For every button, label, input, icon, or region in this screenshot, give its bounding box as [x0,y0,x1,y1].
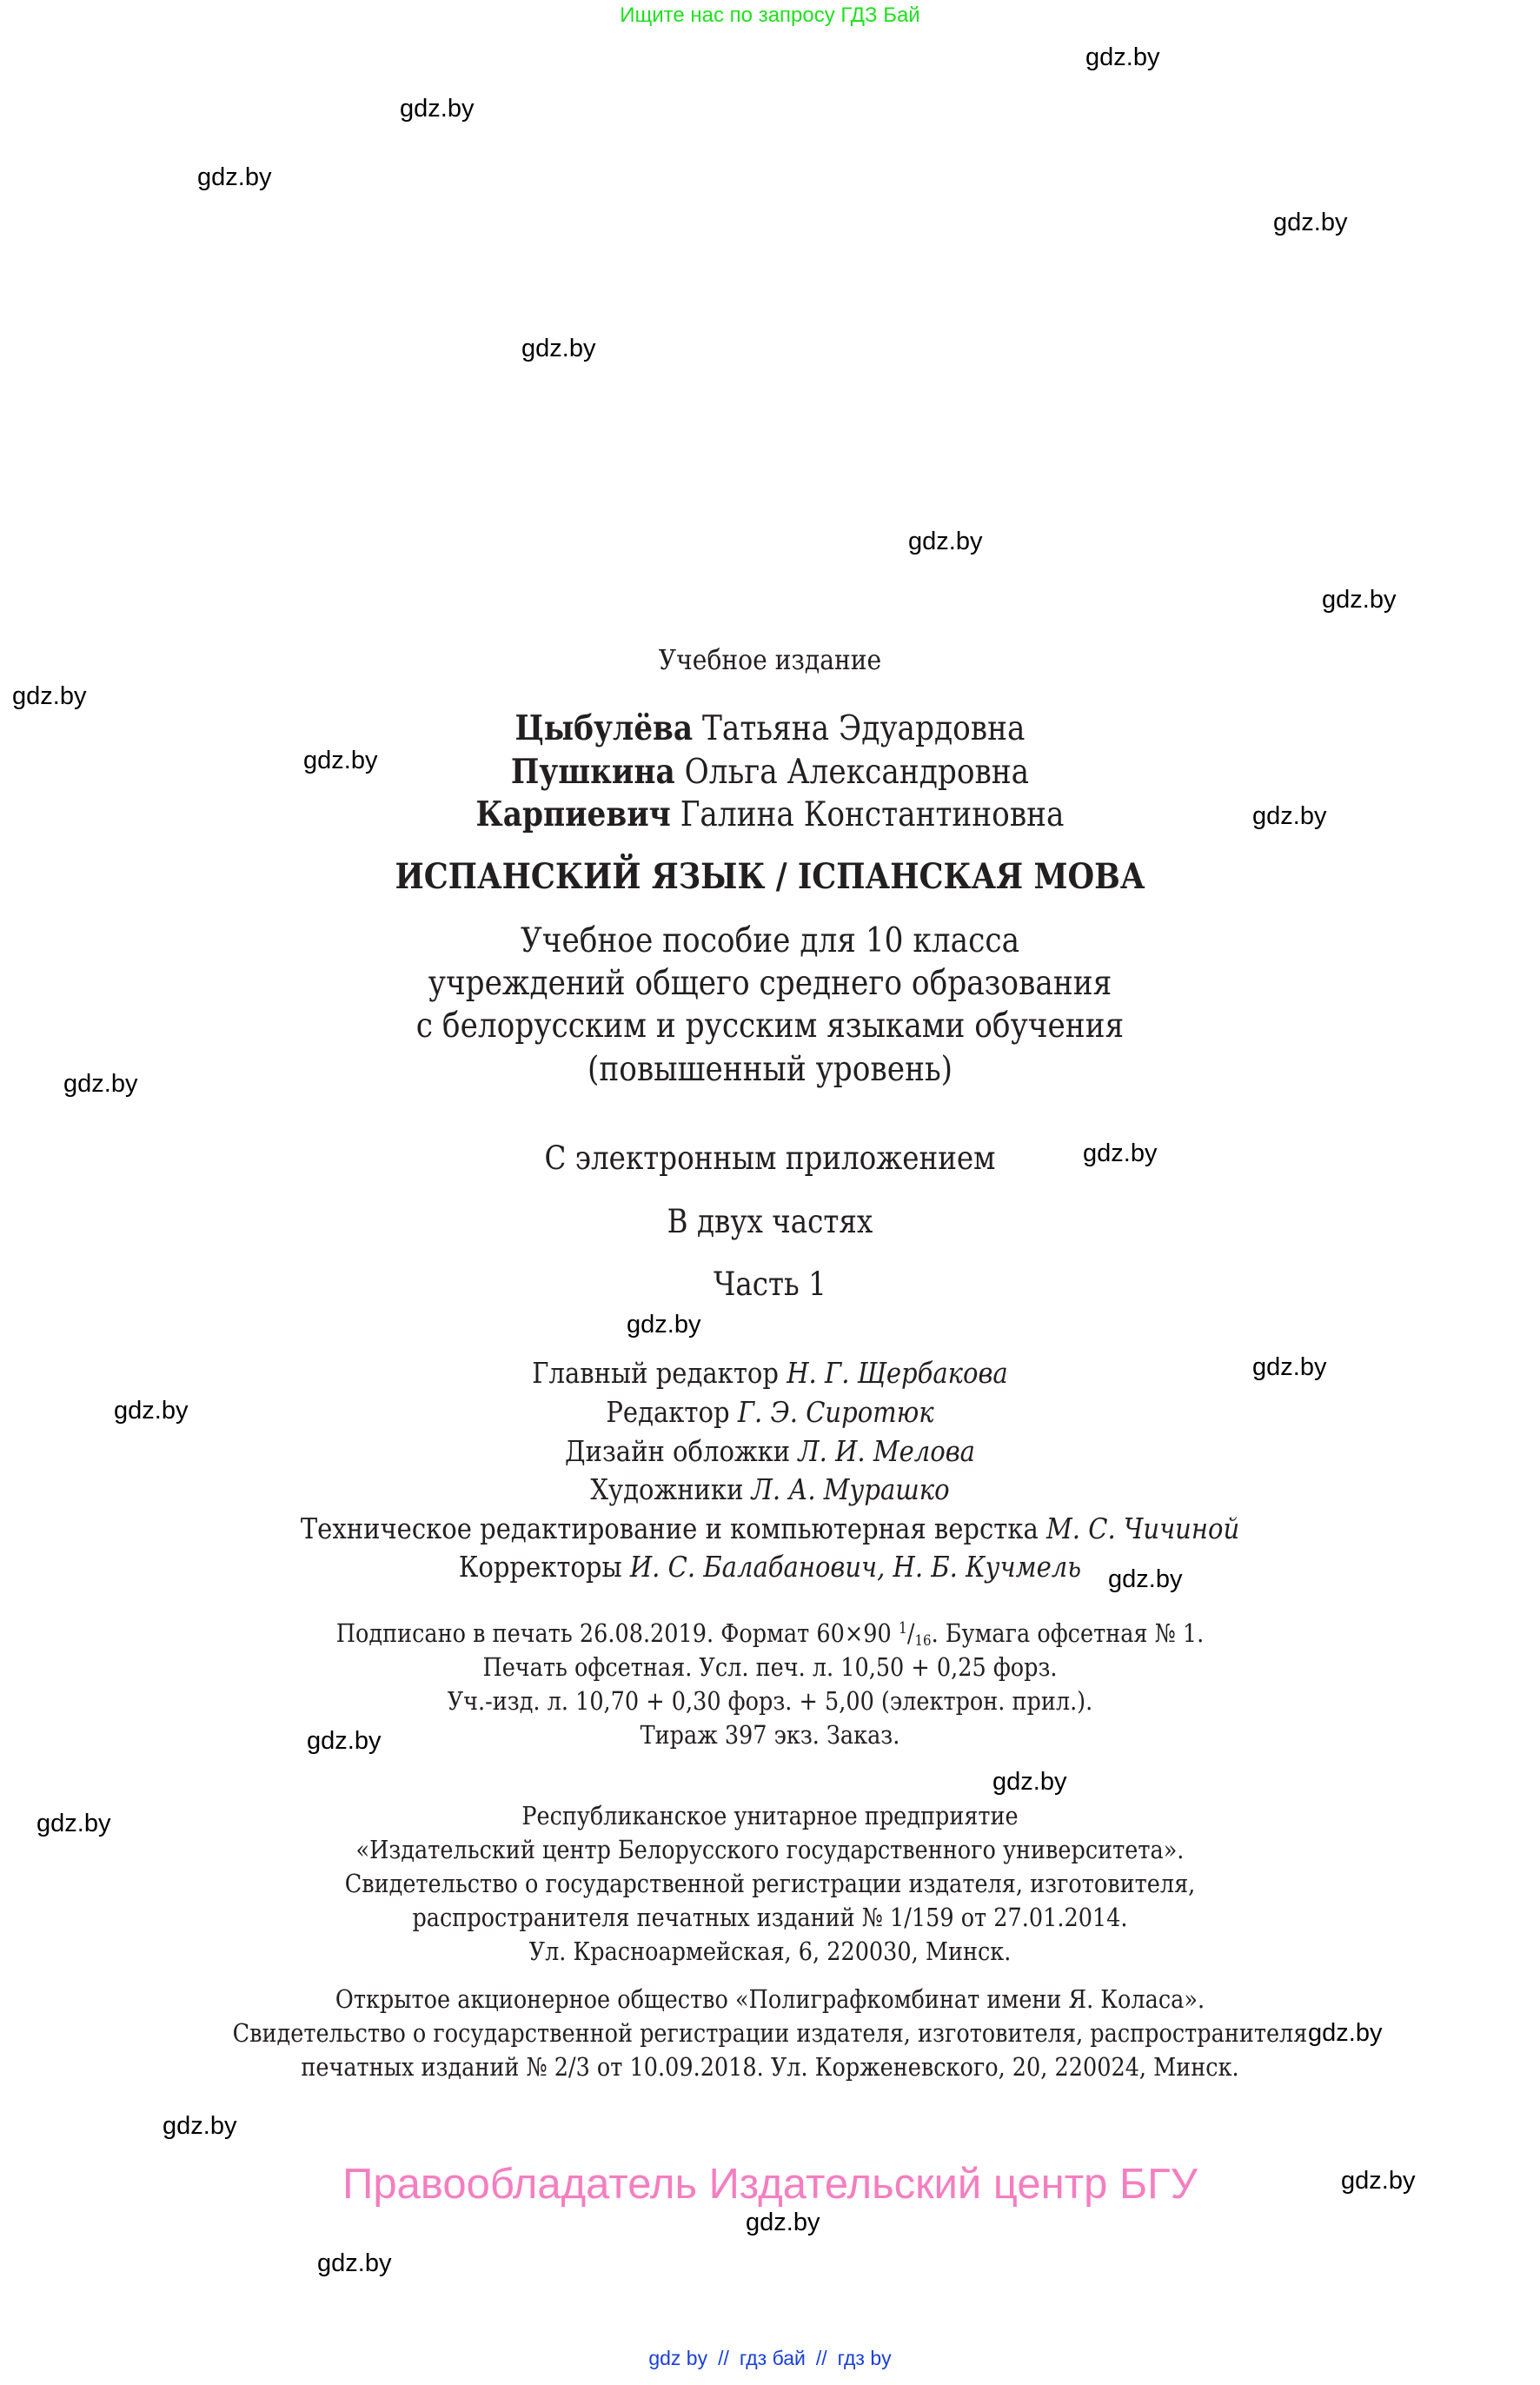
footer-links: gdz by//гдз бай//гдз by [0,2347,1540,2370]
paper-type: . Бумага офсетная № 1. [932,1618,1205,1648]
print-info-line: Уч.-изд. л. 10,70 + 0,30 форз. + 5,00 (э… [92,1686,1447,1716]
credit-name: Н. Г. Щербакова [787,1356,1007,1390]
rights-holder-notice: Правообладатель Издательский центр БГУ [0,2160,1540,2209]
print-info-line: Печать офсетная. Усл. печ. л. 10,50 + 0,… [92,1652,1447,1682]
search-banner: Ищите нас по запросу ГДЗ Бай [0,3,1540,28]
credit-line: Редактор Г. Э. Сиротюк [92,1395,1447,1429]
printer-line: печатных изданий № 2/3 от 10.09.2018. Ул… [92,2052,1447,2082]
format-denominator: 16 [915,1632,932,1650]
author-line: Цыбулёва Татьяна Эдуардовна [92,708,1447,748]
credit-name: Л. И. Мелова [798,1434,975,1468]
credit-role: Редактор [606,1395,729,1429]
author-given-name: Татьяна Эдуардовна [702,709,1025,748]
author-surname: Цыбулёва [515,708,694,748]
watermark: gdz.by [1322,588,1396,613]
footer-link[interactable]: гдз бай [740,2347,806,2369]
credit-role: Техническое редактирование и компьютерна… [301,1511,1039,1545]
subtitle-line: с белорусским и русским языками обучения [92,1006,1447,1046]
credit-line: Корректоры И. С. Балабанович, Н. Б. Кучм… [92,1550,1447,1584]
publisher-line: Ул. Красноармейская, 6, 220030, Минск. [92,1937,1447,1966]
printer-line: Открытое акционерное общество «Полиграфк… [92,1984,1447,2014]
credit-role: Дизайн обложки [565,1434,790,1468]
credit-role: Корректоры [459,1550,622,1584]
watermark: gdz.by [521,336,595,362]
credit-name: М. С. Чичиной [1046,1511,1239,1545]
footer-link[interactable]: gdz by [648,2347,707,2369]
watermark: gdz.by [12,684,86,709]
footer-separator: // [718,2347,729,2369]
publisher-line: Республиканское унитарное предприятие [92,1801,1447,1830]
book-title: ИСПАНСКИЙ ЯЗЫК / ІСПАНСКАЯ МОВА [92,856,1447,897]
watermark: gdz.by [1085,45,1159,70]
author-line: Карпиевич Галина Константиновна [92,794,1447,834]
credit-role: Главный редактор [532,1356,779,1390]
author-surname: Пушкина [511,752,675,792]
watermark: gdz.by [746,2210,820,2236]
watermark: gdz.by [197,165,271,190]
part-number: Часть 1 [92,1266,1447,1303]
credit-line: Художники Л. А. Мурашко [92,1472,1447,1506]
print-info-line: Тираж 397 экз. Заказ. [92,1720,1447,1750]
watermark: gdz.by [317,2251,391,2276]
print-info-line: Подписано в печать 26.08.2019. Формат 60… [92,1618,1447,1650]
edition-type: Учебное издание [92,643,1447,676]
credit-line: Главный редактор Н. Г. Щербакова [92,1356,1447,1390]
author-surname: Карпиевич [475,794,670,834]
subtitle-line: (повышенный уровень) [92,1050,1447,1089]
watermark: gdz.by [163,2114,236,2139]
watermark: gdz.by [908,529,982,555]
credit-role: Художники [590,1472,743,1506]
watermark: gdz.by [400,96,474,122]
supplement-note: С электронным приложением [92,1139,1447,1177]
publisher-line: Свидетельство о государственной регистра… [92,1869,1447,1898]
author-given-name: Ольга Александровна [685,753,1030,792]
author-line: Пушкина Ольга Александровна [92,752,1447,792]
credit-name: И. С. Балабанович, Н. Б. Кучмель [630,1550,1081,1584]
print-signed-format: Подписано в печать 26.08.2019. Формат 60… [336,1618,892,1648]
credit-name: Г. Э. Сиротюк [738,1395,934,1429]
credit-line: Дизайн обложки Л. И. Мелова [92,1434,1447,1468]
watermark: gdz.by [992,1770,1066,1795]
subtitle-line: Учебное пособие для 10 класса [92,921,1447,960]
credit-line: Техническое редактирование и компьютерна… [92,1511,1447,1545]
footer-separator: // [816,2347,827,2369]
publisher-line: распространителя печатных изданий № 1/15… [92,1903,1447,1932]
author-given-name: Галина Константиновна [680,795,1065,834]
format-numerator: 1 [899,1619,907,1638]
parts-note: В двух частях [92,1203,1447,1240]
footer-link[interactable]: гдз by [838,2347,892,2369]
publisher-line: «Издательский центр Белорусского государ… [92,1835,1447,1864]
subtitle-line: учреждений общего среднего образования [92,964,1447,1003]
printer-line: Свидетельство о государственной регистра… [92,2018,1447,2048]
watermark: gdz.by [627,1312,700,1338]
watermark: gdz.by [1273,210,1347,236]
credit-name: Л. А. Мурашко [752,1472,950,1506]
